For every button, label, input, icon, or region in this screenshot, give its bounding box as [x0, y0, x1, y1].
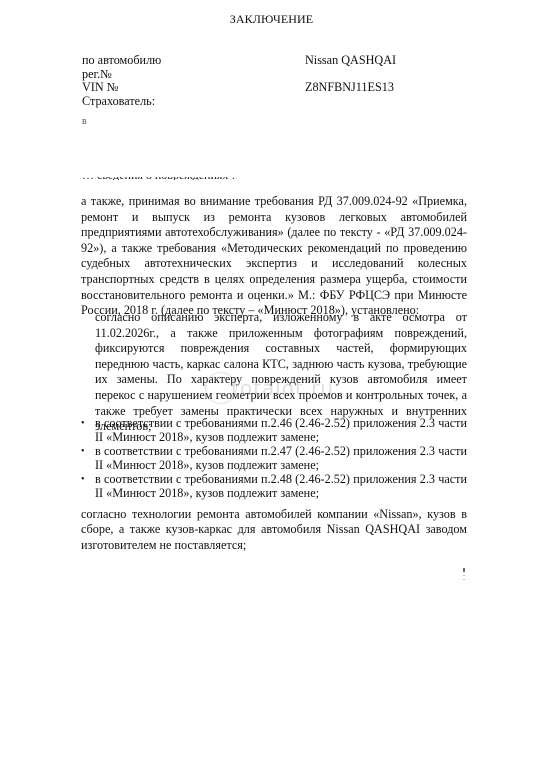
- vin-label: VIN №: [82, 80, 118, 94]
- bullet-icon: •: [81, 445, 85, 459]
- reg-number-label: рег.№: [82, 67, 112, 81]
- reg-number-row: рег.№: [82, 68, 402, 82]
- redacted-line: … сведения о повреждениях …: [82, 177, 237, 180]
- insured-label: Страхователь:: [82, 94, 155, 108]
- list-item: •в соответствии с требованиями п.2.46 (2…: [81, 417, 467, 444]
- bullet-icon: •: [81, 417, 85, 431]
- margin-marks: [463, 568, 465, 583]
- vehicle-row: по автомобилю Nissan QASHQAI: [82, 54, 402, 68]
- insured-row: Страхователь:: [82, 95, 402, 109]
- bullet-icon: •: [81, 473, 85, 487]
- vehicle-label: по автомобилю: [82, 53, 161, 67]
- vin-value: Z8NFBNJ11ES13: [305, 81, 394, 95]
- list-item: •в соответствии с требованиями п.2.48 (2…: [81, 473, 467, 500]
- document-title: ЗАКЛЮЧЕНИЕ: [0, 12, 543, 27]
- vin-row: VIN № Z8NFBNJ11ES13: [82, 81, 402, 95]
- paragraph-manufacturer: согласно технологии ремонта автомобилей …: [81, 507, 467, 553]
- bullet-list: •в соответствии с требованиями п.2.46 (2…: [81, 417, 467, 502]
- vehicle-value: Nissan QASHQAI: [305, 54, 396, 68]
- paragraph-requirements: а также, принимая во внимание требования…: [81, 194, 467, 319]
- list-item: •в соответствии с требованиями п.2.47 (2…: [81, 445, 467, 472]
- redacted-fragment: В: [82, 118, 87, 126]
- vehicle-info: по автомобилю Nissan QASHQAI рег.№ VIN №…: [82, 54, 402, 108]
